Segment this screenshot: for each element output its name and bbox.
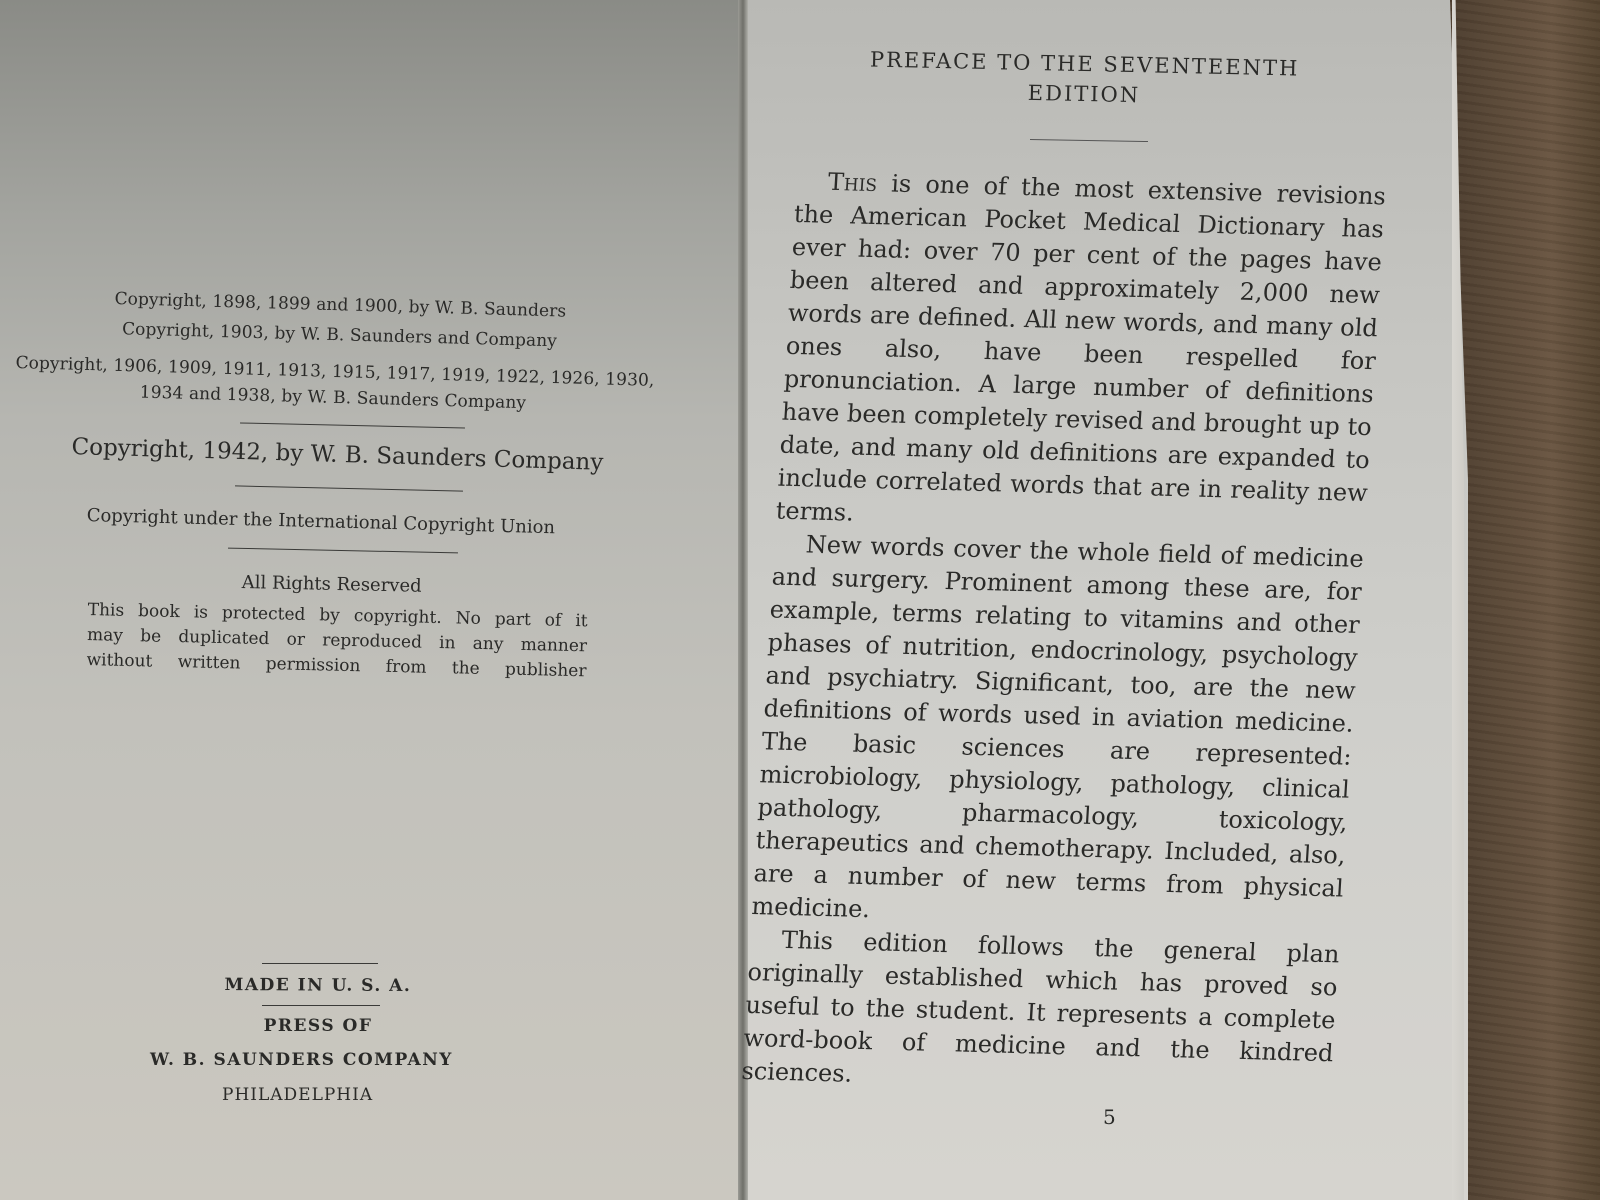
made-in-usa: MADE IN U. S. A. — [218, 975, 418, 996]
press-of: PRESS OF — [218, 1016, 418, 1036]
divider-rule — [262, 963, 378, 964]
copyright-notice: This book is protected by copyright. No … — [86, 598, 588, 684]
publisher-name: W. B. SAUNDERS COMPANY — [150, 1050, 453, 1070]
copyright-history-cont: Copyright, 1906, 1909, 1911, 1913, 1915,… — [14, 348, 654, 422]
divider-rule — [228, 548, 458, 554]
preface-paragraph: This is one of the most extensive revisi… — [775, 165, 1387, 543]
preface-paragraph: New words cover the whole field of medic… — [751, 528, 1365, 939]
left-page-copyright: Copyright, 1898, 1899 and 1900, by W. B.… — [0, 0, 740, 1200]
preface-paragraph: This edition follows the general plan or… — [741, 923, 1341, 1103]
divider-rule — [235, 485, 463, 491]
all-rights-reserved: All Rights Reserved — [242, 572, 422, 597]
publisher-city: PHILADELPHIA — [222, 1085, 373, 1105]
divider-rule — [262, 1005, 380, 1006]
copyright-history: Copyright, 1898, 1899 and 1900, by W. B.… — [113, 284, 566, 357]
drop-lead-word: This — [827, 168, 878, 197]
preface-heading: PREFACE TO THE SEVENTEENTH EDITION — [844, 44, 1325, 114]
preface-body: This is one of the most extensive revisi… — [741, 165, 1387, 1103]
current-copyright: Copyright, 1942, by W. B. Saunders Compa… — [71, 434, 603, 476]
divider-rule — [240, 422, 465, 428]
international-copyright: Copyright under the International Copyri… — [86, 505, 555, 538]
page-number: 5 — [1103, 1105, 1116, 1129]
